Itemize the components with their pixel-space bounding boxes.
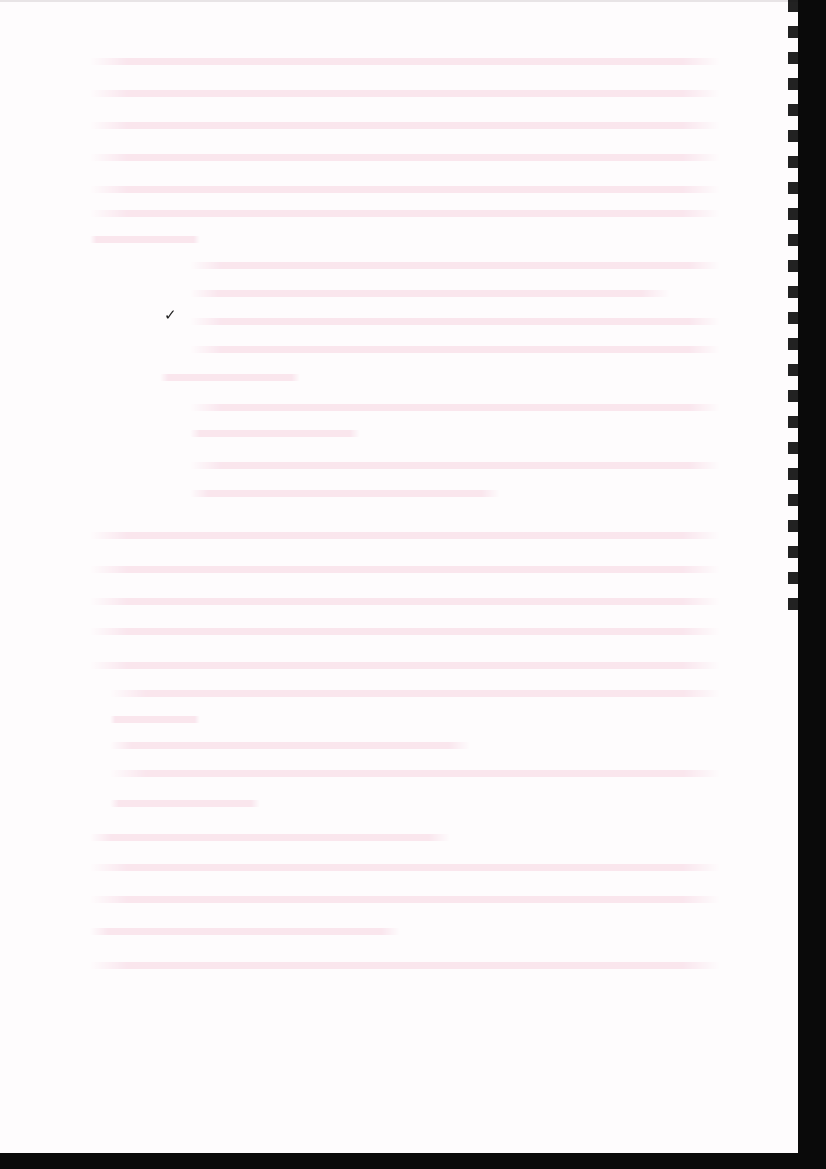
faded-text-line — [90, 236, 200, 243]
faded-text-line — [90, 864, 720, 871]
faded-text-line — [90, 628, 720, 635]
faded-text-line — [90, 58, 720, 65]
page-top-edge — [0, 0, 810, 2]
faded-text-line — [190, 262, 720, 269]
faded-text-line — [90, 122, 720, 129]
faded-text-line — [110, 690, 720, 697]
faded-text-line — [110, 800, 260, 807]
scan-border-right — [798, 0, 826, 1169]
faded-text-line — [90, 210, 720, 217]
faded-text-line — [90, 896, 720, 903]
faded-text-line — [90, 662, 720, 669]
scanned-page: ✓ — [0, 0, 810, 1153]
faded-text-line — [110, 716, 200, 723]
check-mark-icon: ✓ — [164, 309, 177, 324]
faded-text-line — [110, 770, 720, 777]
faded-text-line — [160, 374, 300, 381]
faded-text-line — [90, 186, 720, 193]
faded-text-line — [190, 346, 720, 353]
faded-text-line — [90, 962, 720, 969]
faded-text-line — [190, 318, 720, 325]
faded-text-line — [190, 290, 670, 297]
torn-edge — [788, 0, 802, 620]
faded-text-line — [90, 532, 720, 539]
faded-text-line — [190, 430, 360, 437]
faded-text-line — [90, 834, 450, 841]
faded-text-line — [190, 490, 500, 497]
faded-text-line — [90, 598, 720, 605]
faded-text-line — [190, 404, 720, 411]
faded-text-line — [90, 928, 400, 935]
scan-border-bottom — [0, 1153, 826, 1169]
faded-text-line — [90, 154, 720, 161]
faded-text-line — [190, 462, 720, 469]
faded-text-line — [90, 90, 720, 97]
faded-text-line — [90, 566, 720, 573]
faded-text-line — [110, 742, 470, 749]
